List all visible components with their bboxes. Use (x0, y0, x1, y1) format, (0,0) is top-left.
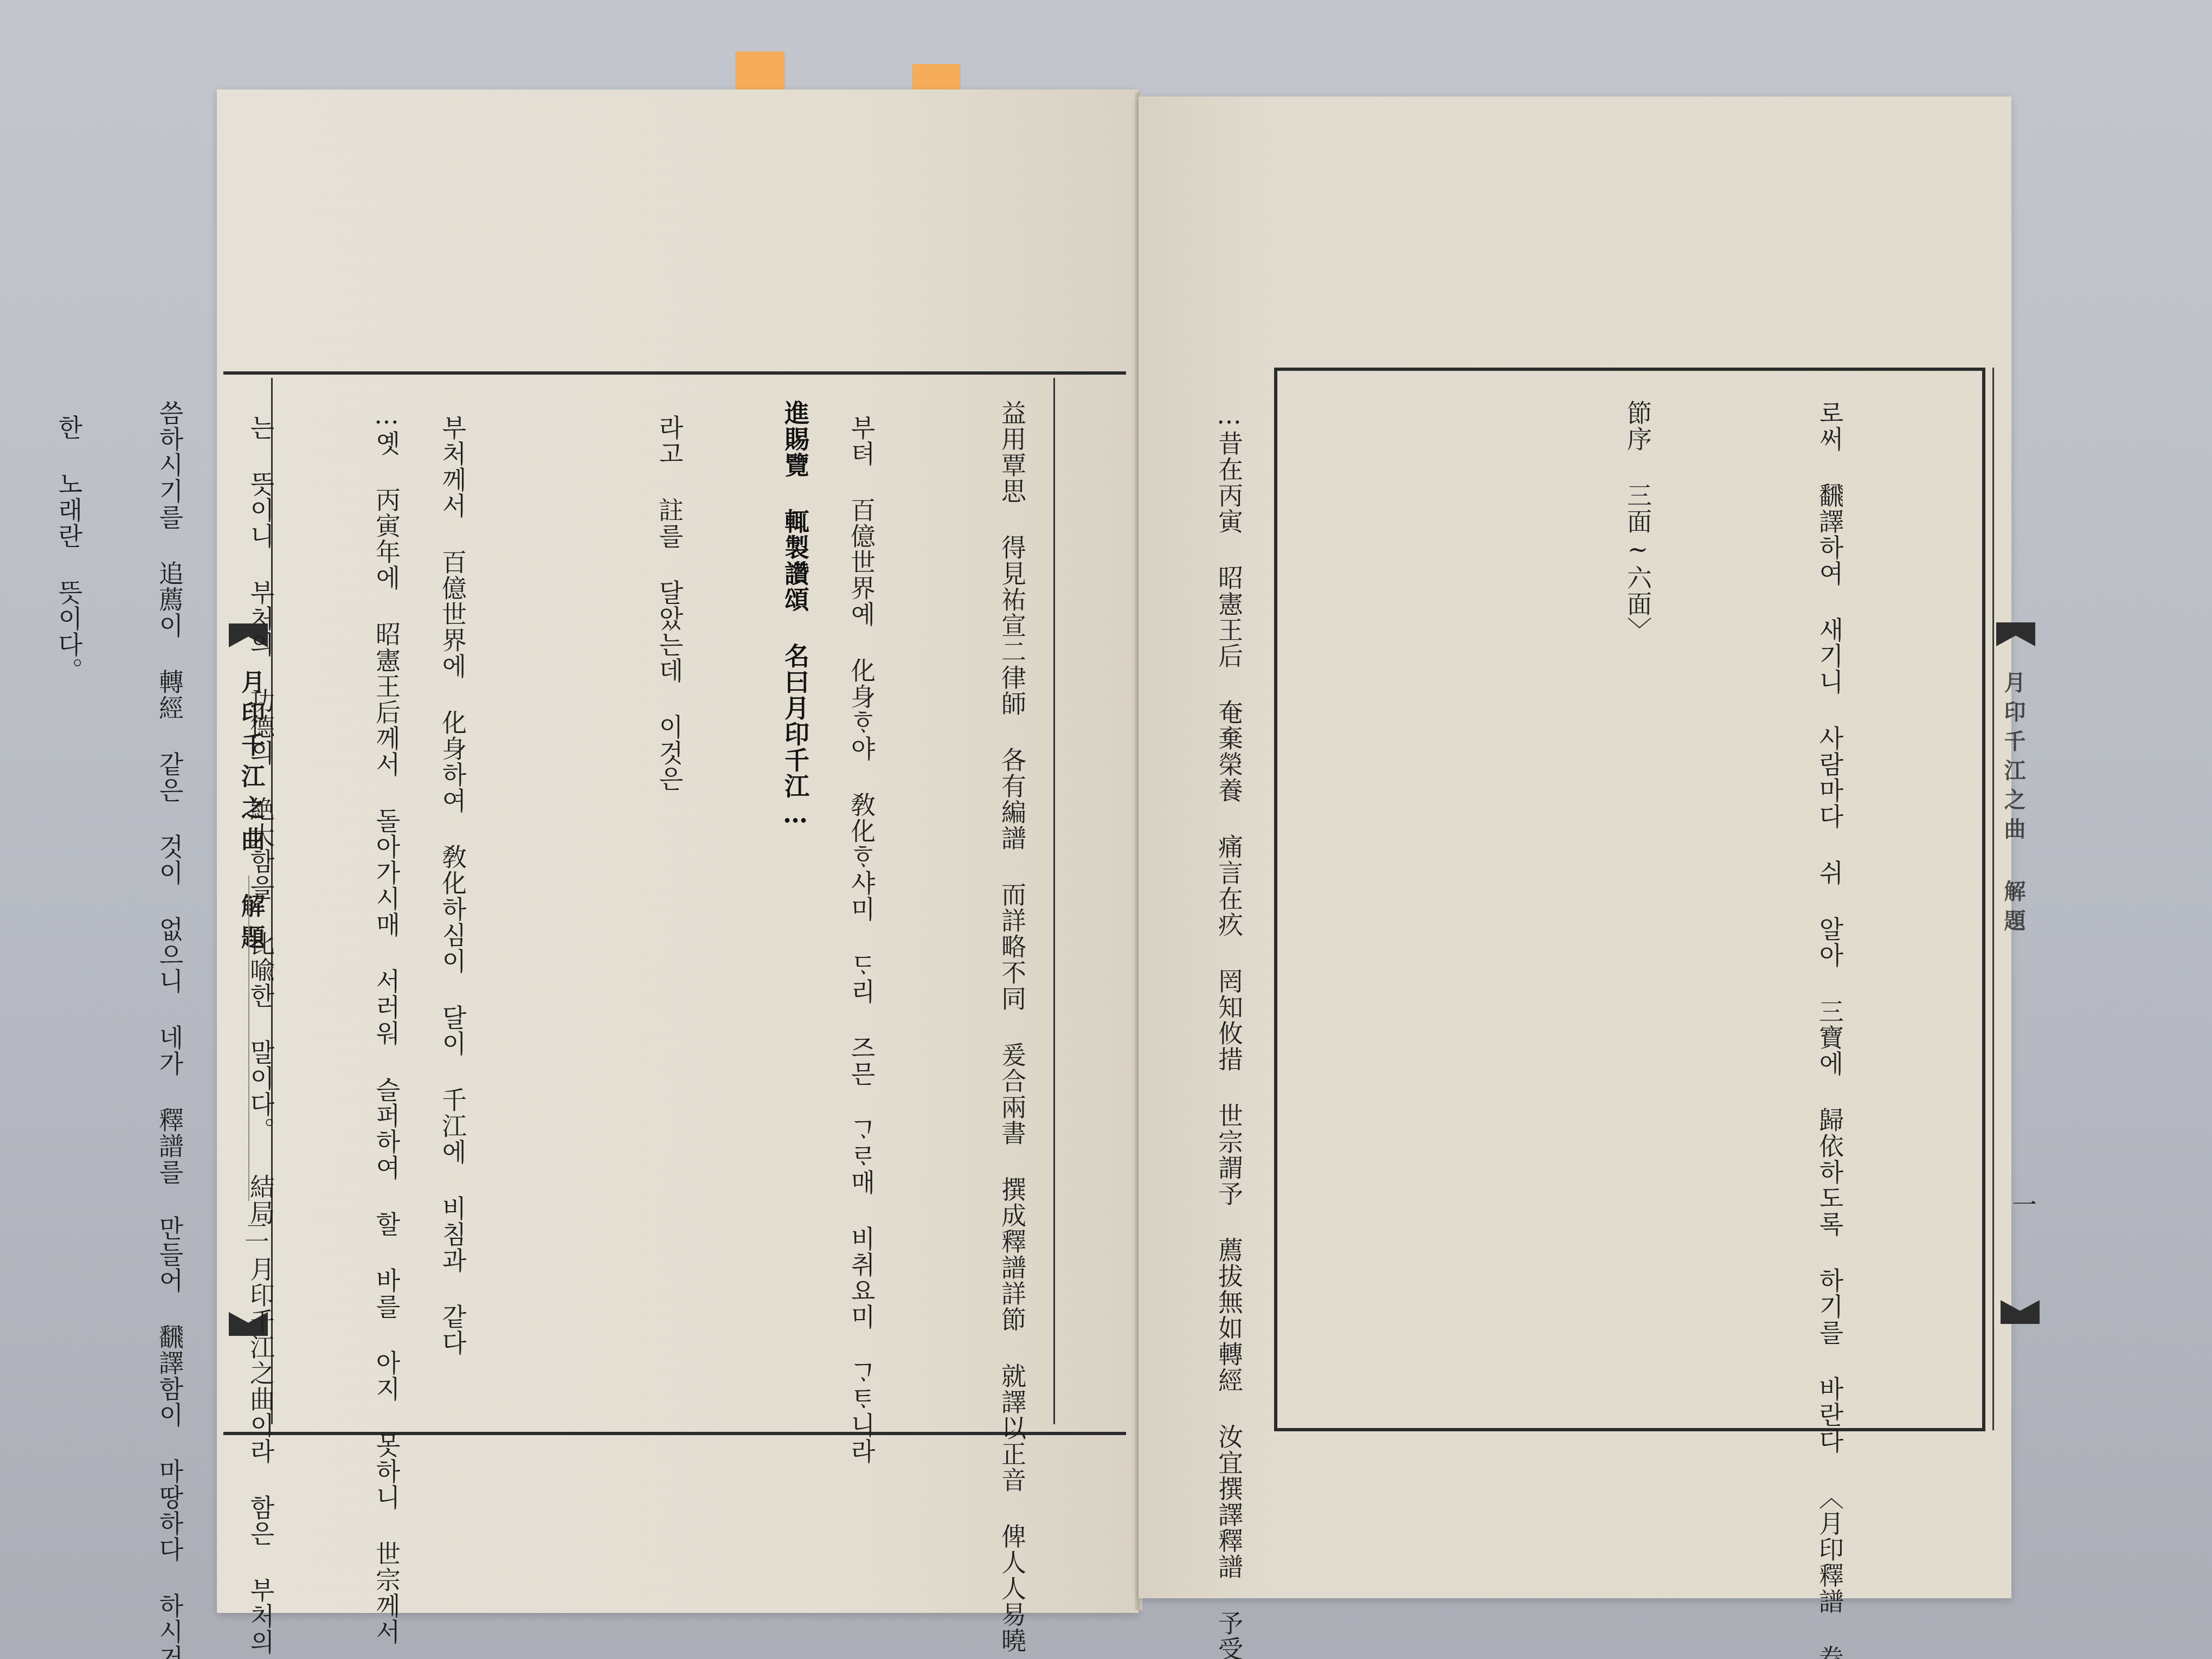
text-column: 로써 飜譯하여 새기니 사람마다 쉬 알아 三寶에 歸依하도록 하기를 바란다 … (1798, 400, 1862, 1419)
text-column: 節序 三面~六面〉 (1606, 400, 1670, 1419)
right-page-column-rule (1992, 368, 1994, 1430)
quoted-hanmun: 益用覃思 得見祐宣二律師 各有編譜 而詳略不同 爰合兩書 撰成釋譜詳節 就譯以正… (980, 400, 1069, 1419)
quoted-hanmun: 進賜覽 輒製讚頌 名曰月印千江… (763, 400, 852, 1419)
page-title: 月印千江之曲 解題 (1998, 671, 2029, 938)
fold-mark-icon (2001, 1300, 2040, 1324)
fold-mark-icon (1996, 622, 2035, 646)
page-number: 一 (2005, 1192, 2041, 1217)
right-page: 月印千江之曲 解題 一 로써 飜譯하여 새기니 사람마다 쉬 알아 三寶에 歸依… (1139, 97, 2011, 1598)
quoted-hanmun: …昔在丙寅 昭憲王后 奄棄榮養 痛言在疚 罔知攸措 世宗謂予 薦拔無如轉經 汝宜… (1197, 400, 1286, 1419)
right-page-body: 로써 飜譯하여 새기니 사람마다 쉬 알아 三寶에 歸依하도록 하기를 바란다 … (1301, 400, 1990, 1419)
translation-column: 慈命을 받자와 더욱 생각하기를 널리하여 僧祐 道宣 두 律師가 各各 譜를 … (0, 400, 10, 1419)
translation-column: 씀하시기를 追薦이 轉經 같은 것이 없으니 네가 釋譜를 만들어 飜譯함이 마… (138, 400, 227, 1419)
translation-column: …옛 丙寅年에 昭憲王后께서 돌아가시매 서러워 슬퍼하여 할 바를 아지 못하… (355, 400, 443, 1419)
